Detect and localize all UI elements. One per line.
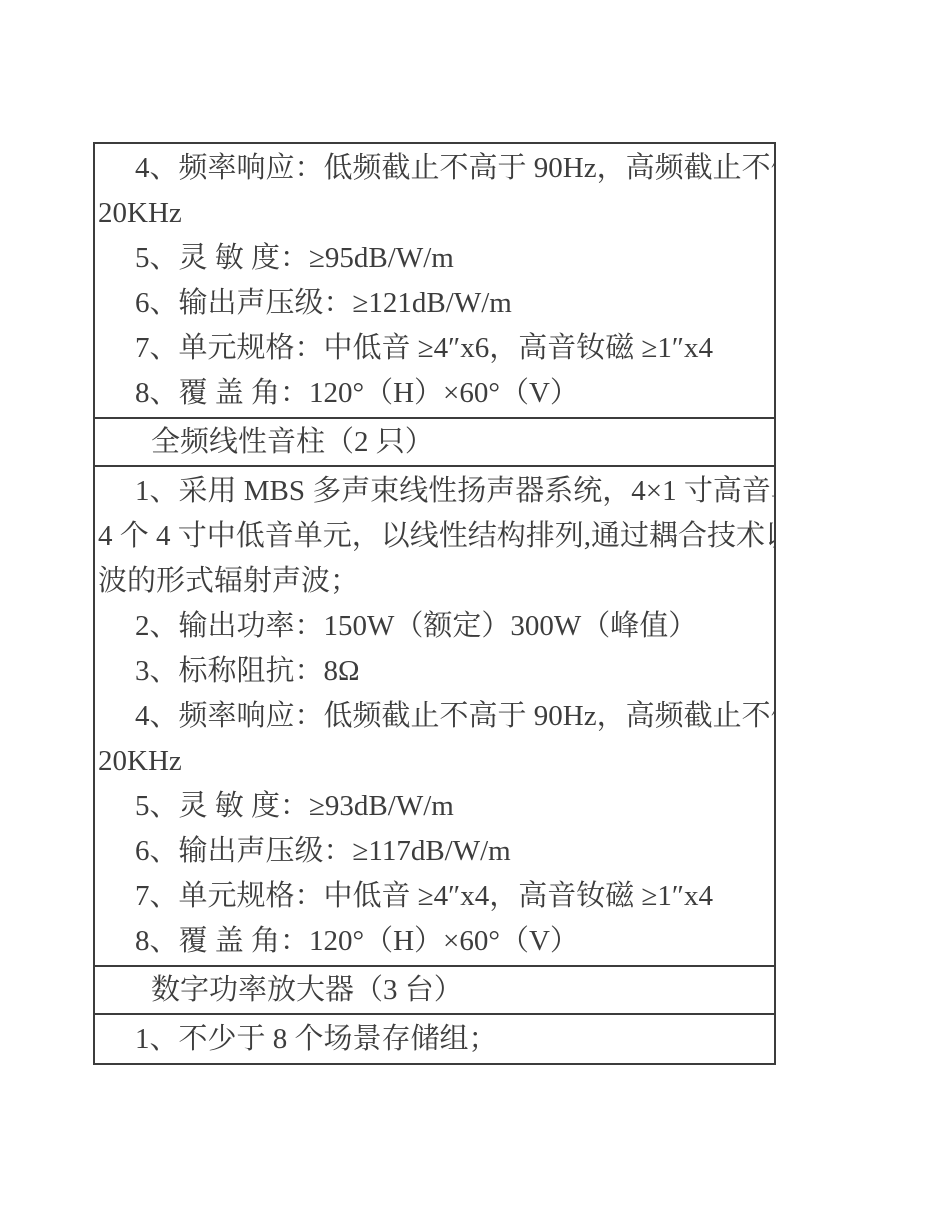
spec-line-text: 波的形式辐射声波； [95,559,774,604]
spec-line-text: 20KHz [95,739,774,784]
section-header-text: 数字功率放大器（3 台） [95,967,774,1013]
section-header-digital-amplifier: 数字功率放大器（3 台） [95,965,774,1013]
spec-line-text: 1、采用 MBS 多声束线性扬声器系统，4×1 寸高音单元， [95,469,774,514]
spec-line-text: 7、单元规格：中低音 ≥4″x4，高音钕磁 ≥1″x4 [95,874,774,919]
spec-line-text: 5、灵 敏 度：≥95dB/W/m [95,236,774,281]
spec-cell-digital-amplifier: 1、不少于 8 个场景存储组； [95,1013,774,1063]
spec-line-text: 4、频率响应：低频截止不高于 90Hz，高频截止不低于 [95,146,774,191]
spec-cell-line-array: 1、采用 MBS 多声束线性扬声器系统，4×1 寸高音单元，4 个 4 寸中低音… [95,465,774,965]
spec-line-text: 5、灵 敏 度：≥93dB/W/m [95,784,774,829]
spec-line-text: 6、输出声压级：≥117dB/W/m [95,829,774,874]
section-header-line-array: 全频线性音柱（2 只） [95,417,774,465]
specification-table: 4、频率响应：低频截止不高于 90Hz，高频截止不低于20KHz5、灵 敏 度：… [93,142,776,1065]
spec-line-text: 3、标称阻抗：8Ω [95,649,774,694]
spec-cell-speaker-1: 4、频率响应：低频截止不高于 90Hz，高频截止不低于20KHz5、灵 敏 度：… [95,144,774,417]
spec-line-text: 2、输出功率：150W（额定）300W（峰值） [95,604,774,649]
spec-line-text: 4、频率响应：低频截止不高于 90Hz，高频截止不低于 [95,694,774,739]
section-header-text: 全频线性音柱（2 只） [95,419,774,465]
spec-line-text: 6、输出声压级：≥121dB/W/m [95,281,774,326]
spec-line-text: 4 个 4 寸中低音单元，以线性结构排列,通过耦合技术以柱面 [95,514,774,559]
spec-line-text: 1、不少于 8 个场景存储组； [95,1017,774,1062]
spec-line-text: 7、单元规格：中低音 ≥4″x6，高音钕磁 ≥1″x4 [95,326,774,371]
spec-line-text: 8、覆 盖 角：120°（H）×60°（V） [95,371,774,416]
spec-line-text: 8、覆 盖 角：120°（H）×60°（V） [95,919,774,964]
document-page: 4、频率响应：低频截止不高于 90Hz，高频截止不低于20KHz5、灵 敏 度：… [0,0,926,1226]
spec-line-text: 20KHz [95,191,774,236]
